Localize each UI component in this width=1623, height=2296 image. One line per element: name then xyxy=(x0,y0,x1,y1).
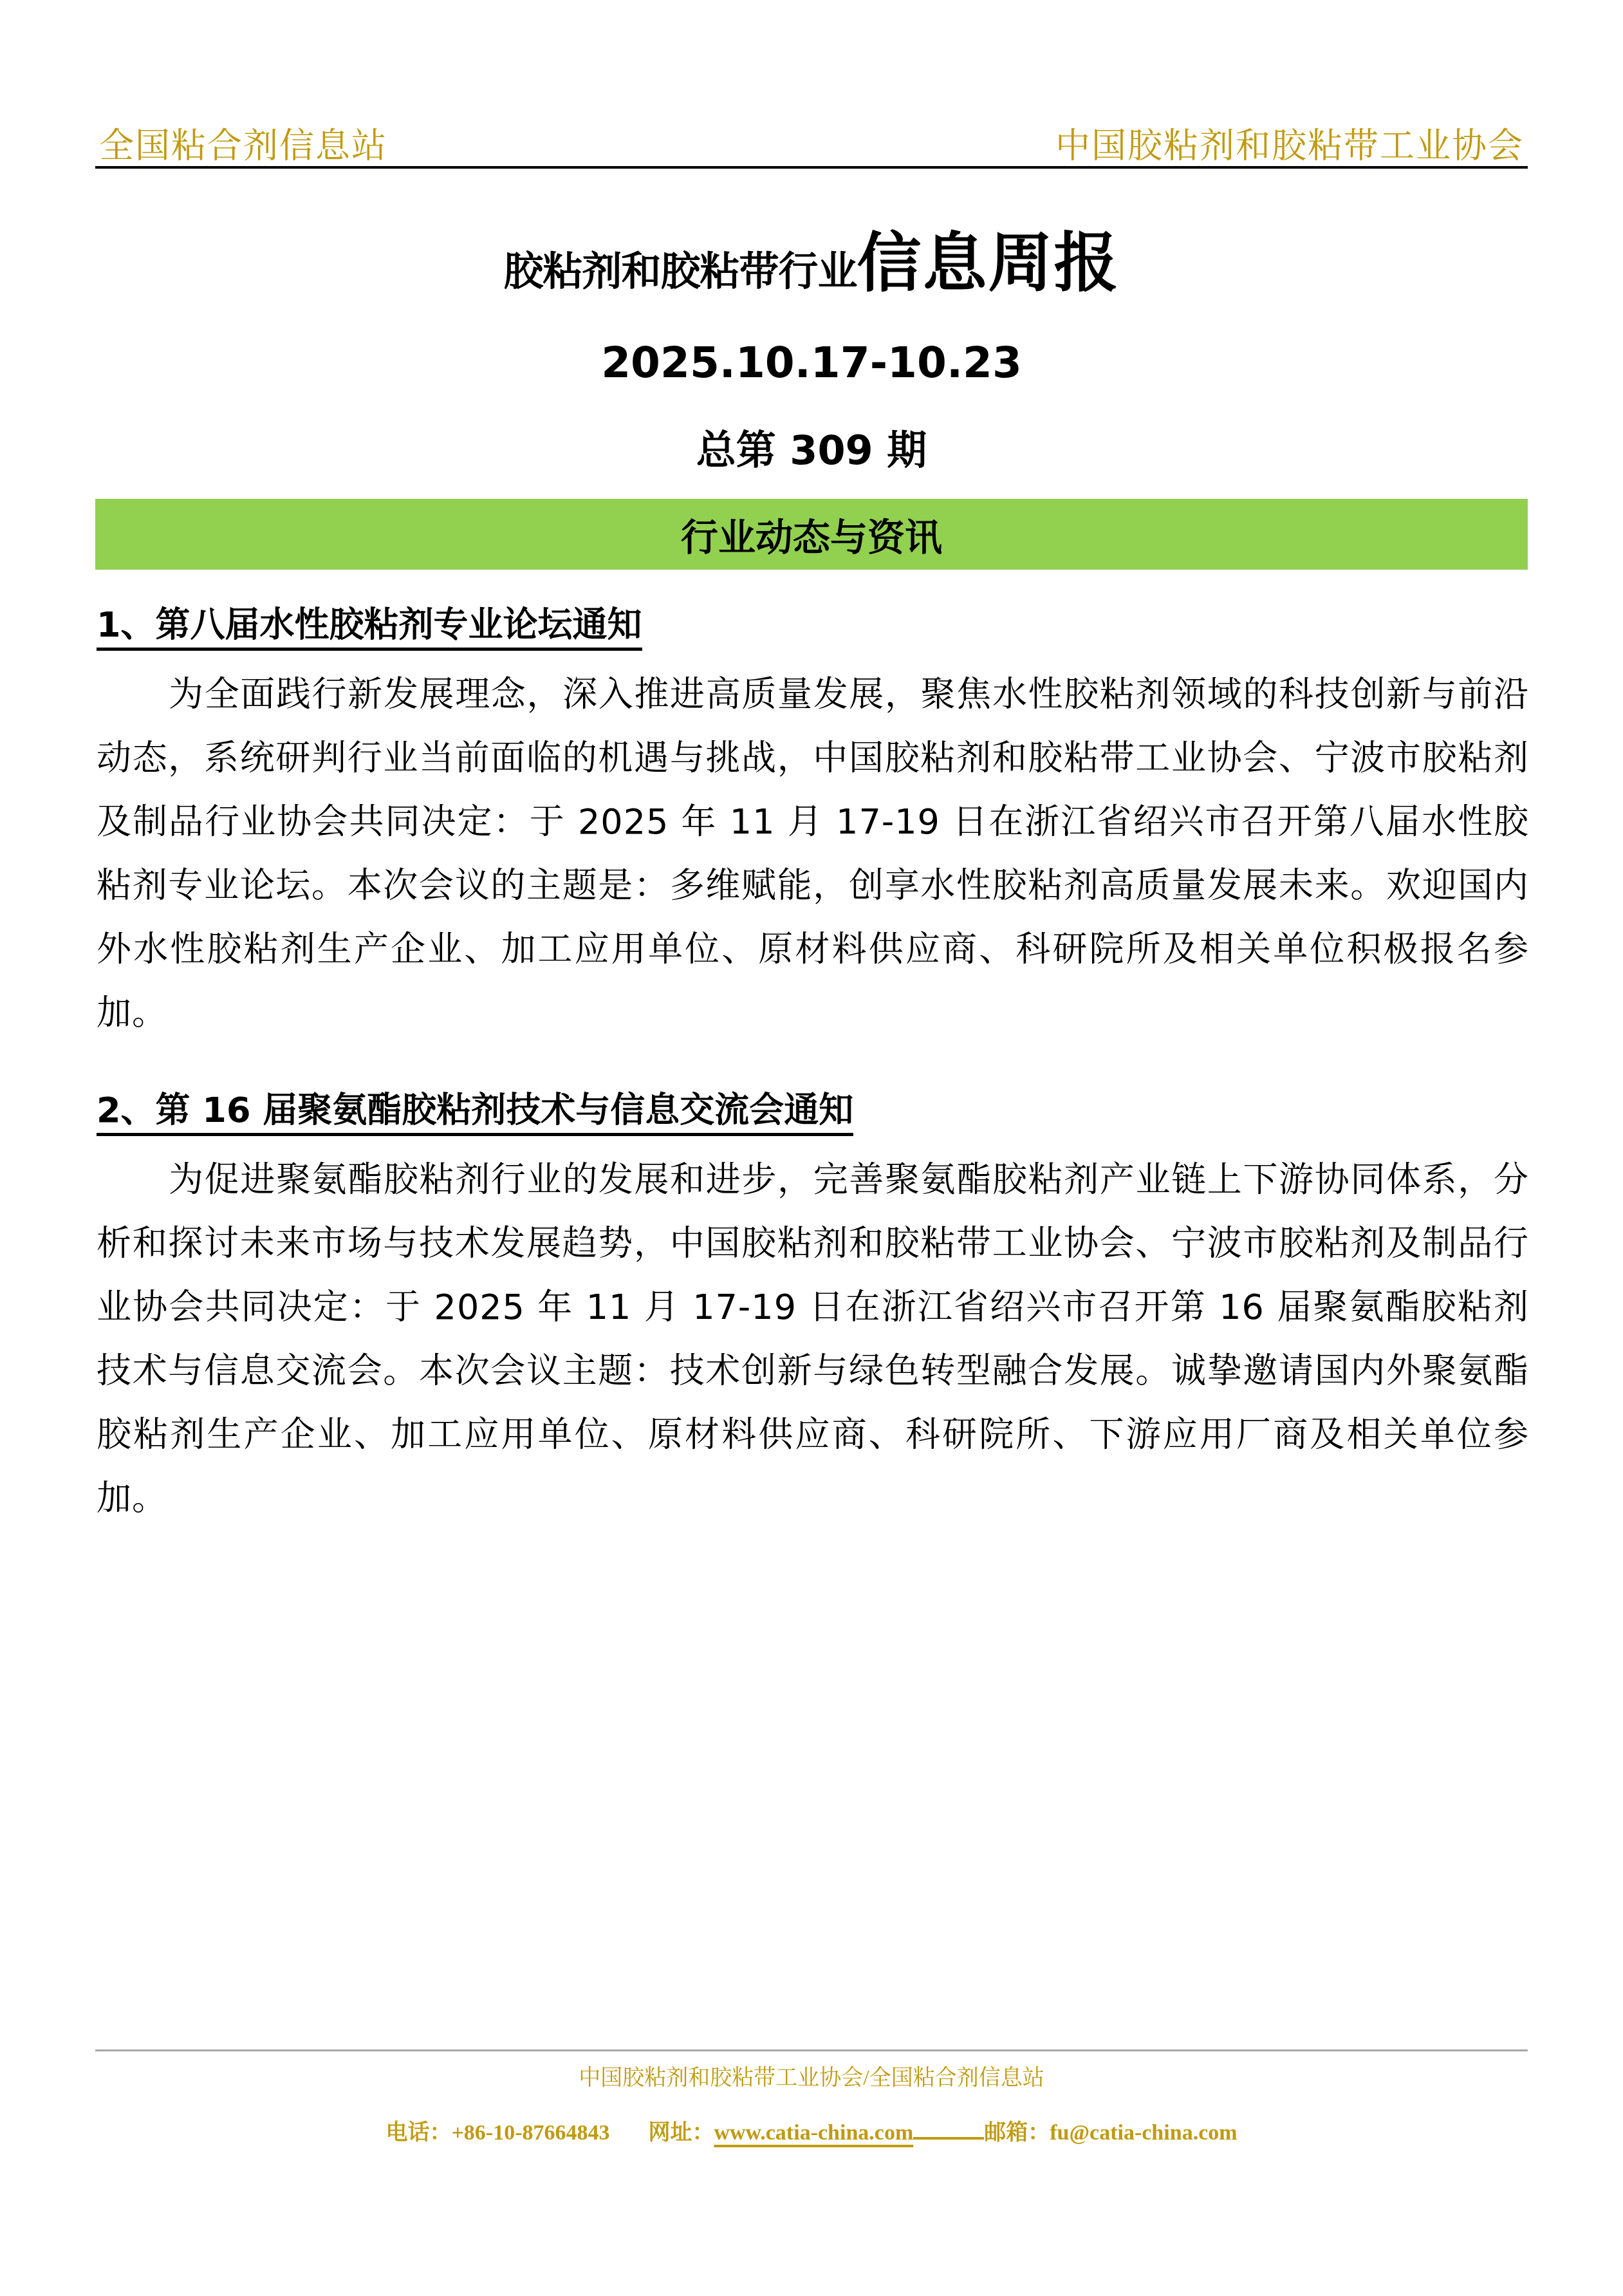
title-prefix: 胶粘剂和胶粘带行业 xyxy=(503,248,857,295)
email-label: 邮箱： xyxy=(984,2121,1050,2145)
title-main: 信息周报 xyxy=(857,225,1120,301)
article-heading: 2、第 16 届聚氨酯胶粘剂技术与信息交流会通知 xyxy=(97,1089,853,1136)
article-heading: 1、第八届水性胶粘剂专业论坛通知 xyxy=(97,604,642,651)
article-1: 1、第八届水性胶粘剂专业论坛通知 为全面践行新发展理念，深入推进高质量发展，聚焦… xyxy=(97,604,1529,1045)
section-banner: 行业动态与资讯 xyxy=(95,499,1528,570)
footer-contact: 电话：+86-10-87664843网址：www.catia-china.com… xyxy=(0,2114,1623,2146)
footer-organization: 中国胶粘剂和胶粘带工业协会/全国粘合剂信息站 xyxy=(0,2060,1623,2091)
footer-divider xyxy=(95,2049,1528,2051)
website-link[interactable]: www.catia-china.com xyxy=(714,2121,913,2145)
section-title: 行业动态与资讯 xyxy=(681,507,942,561)
website-label: 网址： xyxy=(648,2121,714,2145)
date-range: 2025.10.17-10.23 xyxy=(0,338,1623,387)
header-association-name: 中国胶粘剂和胶粘带工业协会 xyxy=(1055,118,1524,168)
page-header: 全国粘合剂信息站 中国胶粘剂和胶粘带工业协会 xyxy=(95,109,1528,167)
email-address[interactable]: fu@catia-china.com xyxy=(1050,2121,1237,2145)
article-body: 为促进聚氨酯胶粘剂行业的发展和进步，完善聚氨酯胶粘剂产业链上下游协同体系，分析和… xyxy=(97,1148,1529,1530)
header-divider xyxy=(95,166,1528,169)
issue-number: 总第 309 期 xyxy=(0,418,1623,476)
phone-number: +86-10-87664843 xyxy=(451,2121,609,2145)
article-body: 为全面践行新发展理念，深入推进高质量发展，聚焦水性胶粘剂领域的科技创新与前沿动态… xyxy=(97,662,1529,1045)
page-title: 胶粘剂和胶粘带行业信息周报 xyxy=(0,211,1623,304)
article-2: 2、第 16 届聚氨酯胶粘剂技术与信息交流会通知 为促进聚氨酯胶粘剂行业的发展和… xyxy=(97,1089,1529,1530)
underline-gap xyxy=(913,2118,984,2140)
header-site-name: 全国粘合剂信息站 xyxy=(99,118,387,168)
phone-label: 电话： xyxy=(385,2121,451,2145)
